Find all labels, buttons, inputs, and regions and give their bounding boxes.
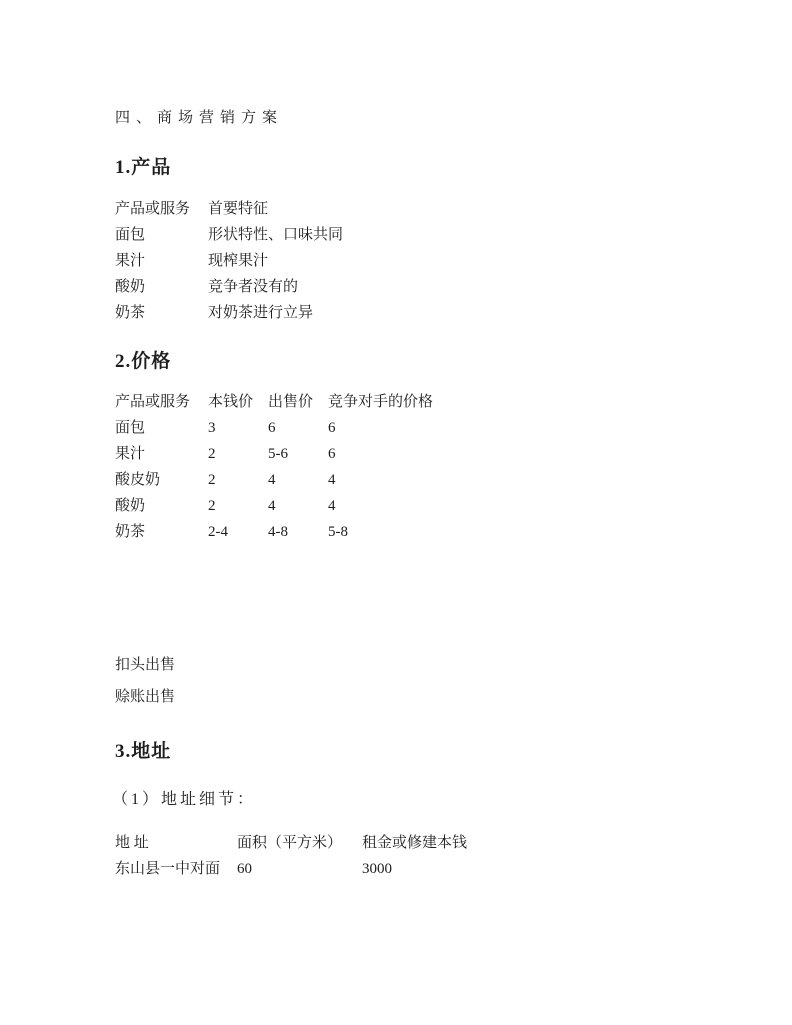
table-cell: 现榨果汁 — [208, 248, 343, 274]
table-cell: 对奶茶进行立异 — [208, 300, 343, 326]
table-row: 面包 形状特性、口味共同 — [115, 222, 343, 248]
table-cell: 6 — [328, 415, 433, 441]
table-row: 面包 3 6 6 — [115, 415, 433, 441]
column-header: 面积（平方米） — [237, 830, 362, 856]
table-cell: 5-6 — [268, 441, 328, 467]
table-cell: 2 — [208, 441, 268, 467]
product-table: 产品或服务 首要特征 面包 形状特性、口味共同 果汁 现榨果汁 酸奶 竞争者没有… — [115, 196, 343, 326]
address-details-subheading: （1）地址细节： — [112, 786, 256, 809]
table-cell: 4 — [328, 467, 433, 493]
table-cell: 形状特性、口味共同 — [208, 222, 343, 248]
table-header-row: 地 址 面积（平方米） 租金或修建本钱 — [115, 830, 467, 856]
table-row: 奶茶 2-4 4-8 5-8 — [115, 519, 433, 545]
table-cell: 东山县一中对面 — [115, 856, 237, 882]
table-cell: 酸奶 — [115, 274, 208, 300]
table-header-row: 产品或服务 首要特征 — [115, 196, 343, 222]
table-row: 东山县一中对面 60 3000 — [115, 856, 467, 882]
table-cell: 面包 — [115, 415, 208, 441]
table-cell: 5-8 — [328, 519, 433, 545]
column-header: 本钱价 — [208, 389, 268, 415]
table-cell: 面包 — [115, 222, 208, 248]
table-cell: 6 — [328, 441, 433, 467]
table-cell: 酸奶 — [115, 493, 208, 519]
address-table: 地 址 面积（平方米） 租金或修建本钱 东山县一中对面 60 3000 — [115, 830, 467, 882]
table-cell: 4 — [328, 493, 433, 519]
section-heading-product: 1.产品 — [115, 152, 171, 179]
table-cell: 果汁 — [115, 441, 208, 467]
document-title: 四、商场营销方案 — [115, 106, 283, 127]
table-row: 果汁 2 5-6 6 — [115, 441, 433, 467]
table-cell: 3000 — [362, 856, 467, 882]
column-header: 地 址 — [115, 830, 237, 856]
column-header: 产品或服务 — [115, 389, 208, 415]
table-cell: 竞争者没有的 — [208, 274, 343, 300]
section-heading-address: 3.地址 — [115, 736, 171, 763]
table-cell: 6 — [268, 415, 328, 441]
table-row: 果汁 现榨果汁 — [115, 248, 343, 274]
note-credit-sale: 赊账出售 — [115, 685, 175, 706]
table-cell: 3 — [208, 415, 268, 441]
note-discount-sale: 扣头出售 — [115, 653, 175, 674]
table-cell: 4 — [268, 467, 328, 493]
table-cell: 2-4 — [208, 519, 268, 545]
table-header-row: 产品或服务 本钱价 出售价 竞争对手的价格 — [115, 389, 433, 415]
column-header: 首要特征 — [208, 196, 343, 222]
table-cell: 2 — [208, 467, 268, 493]
column-header: 租金或修建本钱 — [362, 830, 467, 856]
table-row: 酸奶 2 4 4 — [115, 493, 433, 519]
table-row: 酸奶 竞争者没有的 — [115, 274, 343, 300]
price-table: 产品或服务 本钱价 出售价 竞争对手的价格 面包 3 6 6 果汁 2 5-6 … — [115, 389, 433, 545]
column-header: 出售价 — [268, 389, 328, 415]
table-row: 奶茶 对奶茶进行立异 — [115, 300, 343, 326]
document-page: 四、商场营销方案 1.产品 产品或服务 首要特征 面包 形状特性、口味共同 果汁… — [0, 0, 792, 1025]
table-cell: 奶茶 — [115, 300, 208, 326]
column-header: 产品或服务 — [115, 196, 208, 222]
column-header: 竞争对手的价格 — [328, 389, 433, 415]
table-cell: 奶茶 — [115, 519, 208, 545]
section-heading-price: 2.价格 — [115, 346, 171, 373]
table-row: 酸皮奶 2 4 4 — [115, 467, 433, 493]
table-cell: 酸皮奶 — [115, 467, 208, 493]
table-cell: 2 — [208, 493, 268, 519]
table-cell: 60 — [237, 856, 362, 882]
table-cell: 果汁 — [115, 248, 208, 274]
table-cell: 4-8 — [268, 519, 328, 545]
table-cell: 4 — [268, 493, 328, 519]
